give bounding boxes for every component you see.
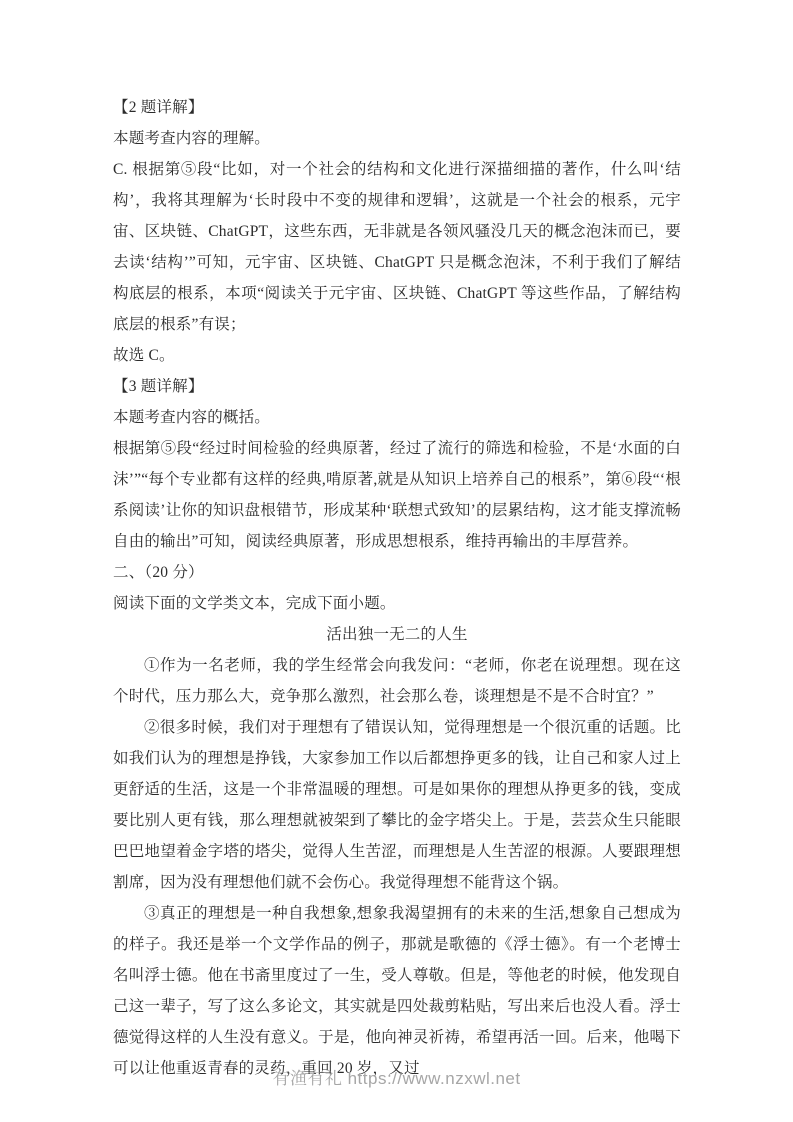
q3-analysis-paragraph: 根据第⑤段“经过时间检验的经典原著，经过了流行的筛选和检验，不是‘水面的白沫’”… [113, 433, 681, 557]
q3-exam-point: 本题考查内容的概括。 [113, 402, 681, 433]
q2-exam-point: 本题考查内容的理解。 [113, 123, 681, 154]
essay-paragraph-3: ③真正的理想是一种自我想象,想象我渴望拥有的未来的生活,想象自己想成为的样子。我… [113, 898, 681, 1084]
essay-paragraph-1: ①作为一名老师，我的学生经常会向我发问：“老师，你老在说理想。现在这个时代，压力… [113, 650, 681, 712]
q2-explanation-heading: 【2 题详解】 [113, 92, 681, 123]
section-two-heading: 二、（20 分） [113, 557, 681, 588]
essay-paragraph-2: ②很多时候，我们对于理想有了错误认知，觉得理想是一个很沉重的话题。比如我们认为的… [113, 712, 681, 898]
q3-explanation-heading: 【3 题详解】 [113, 371, 681, 402]
q2-analysis-paragraph: C. 根据第⑤段“比如，对一个社会的结构和文化进行深描细描的著作，什么叫‘结构’… [113, 154, 681, 340]
document-body: 【2 题详解】 本题考查内容的理解。 C. 根据第⑤段“比如，对一个社会的结构和… [113, 92, 681, 1084]
essay-title: 活出独一无二的人生 [113, 619, 681, 650]
watermark-footer: 有渔有礼 https://www.nzxwl.net [0, 1066, 793, 1092]
section-two-instruction: 阅读下面的文学类文本，完成下面小题。 [113, 588, 681, 619]
document-page: 【2 题详解】 本题考查内容的理解。 C. 根据第⑤段“比如，对一个社会的结构和… [0, 0, 793, 1122]
q2-answer-conclusion: 故选 C。 [113, 340, 681, 371]
